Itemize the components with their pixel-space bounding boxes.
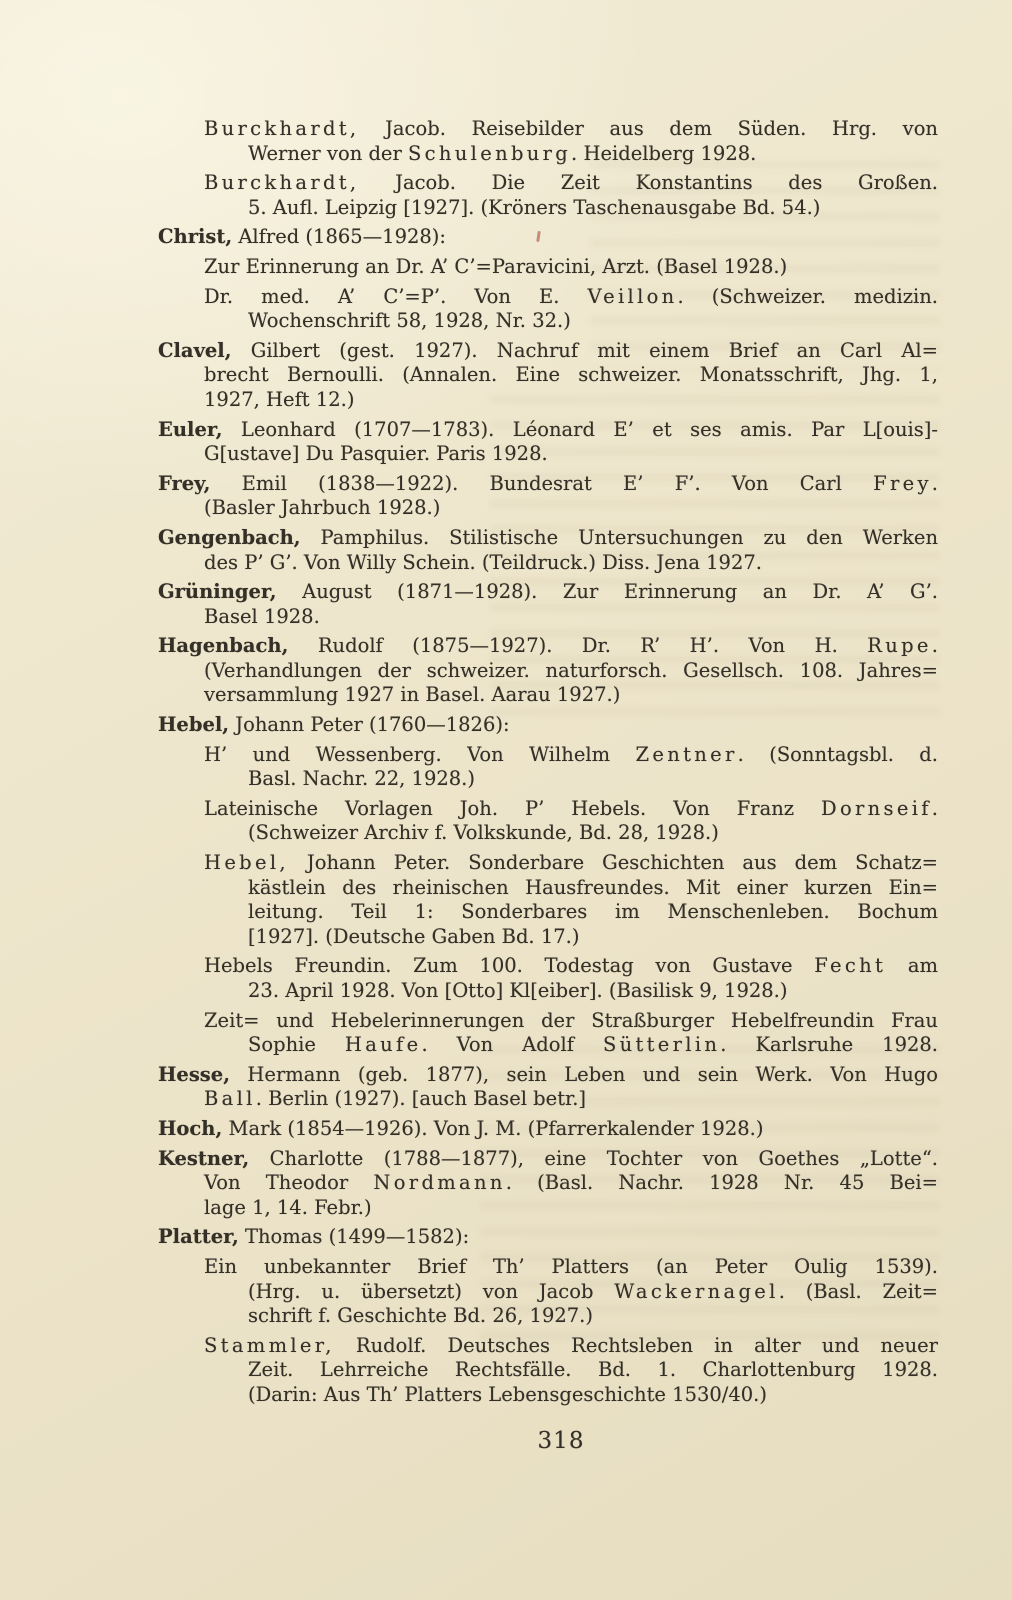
- text-segment: Pamphilus. Stilistische Untersuchungen z…: [301, 526, 938, 549]
- headword: Hesse,: [158, 1063, 230, 1086]
- bibliography-entry: Grüninger, August (1871—1928). Zur Erinn…: [158, 580, 938, 629]
- text-segment: G[ustave] Du Pasquier. Paris 1928.: [204, 442, 548, 465]
- text-segment: H’ und Wessenberg. Von Wilhelm: [204, 743, 636, 766]
- text-segment: Johann Peter. Sonderbare Geschichten aus…: [289, 851, 938, 874]
- bibliography-line: schrift f. Geschichte Bd. 26, 1927.): [158, 1304, 938, 1329]
- bibliography-line: Hebel, Johann Peter. Sonderbare Geschich…: [158, 851, 938, 876]
- text-segment: Ein unbekannter Brief Th’ Platters (an P…: [204, 1255, 938, 1278]
- bibliography-line: Hebels Freundin. Zum 100. Todestag von G…: [158, 954, 938, 979]
- headword: Gengenbach,: [158, 526, 301, 549]
- bibliography-line: brecht Bernoulli. (Annalen. Eine schweiz…: [158, 363, 938, 388]
- bibliography-entry: Hebel, Johann Peter (1760—1826):: [158, 713, 938, 738]
- headword: Euler,: [158, 418, 223, 441]
- text-segment: Von Theodor: [204, 1171, 373, 1194]
- text-segment: Jacob. Reisebilder aus dem Süden. Hrg. v…: [359, 117, 938, 140]
- text-segment: leitung. Teil 1: Sonderbares im Menschen…: [248, 900, 938, 923]
- text-segment: kästlein des rheinischen Hausfreundes. M…: [248, 876, 938, 899]
- bibliography-line: Lateinische Vorlagen Joh. P’ Hebels. Von…: [158, 797, 938, 822]
- bibliography-entry: Zur Erinnerung an Dr. A’ C’=Paravicini, …: [158, 255, 938, 280]
- text-segment: lage 1, 14. Febr.): [204, 1196, 372, 1219]
- bibliography-list: Burckhardt, Jacob. Reisebilder aus dem S…: [158, 117, 938, 1413]
- letterspaced-name: Haufe: [345, 1033, 422, 1056]
- headword: Frey,: [158, 472, 210, 495]
- text-segment: . (Sonntagsbl. d.: [738, 743, 938, 766]
- text-segment: Emil (1838—1922). Bundesrat E’ F’. Von C…: [210, 472, 873, 495]
- text-segment: Thomas (1499—1582):: [239, 1225, 469, 1248]
- headword: Hagenbach,: [158, 634, 288, 657]
- bibliography-line: leitung. Teil 1: Sonderbares im Menschen…: [158, 900, 938, 925]
- bibliography-line: Sophie Haufe. Von Adolf Sütterlin. Karls…: [158, 1033, 938, 1058]
- text-segment: . (Basl. Zeit=: [779, 1280, 938, 1303]
- bibliography-line: Stammler, Rudolf. Deutsches Rechtsleben …: [158, 1334, 938, 1359]
- text-segment: Charlotte (1788—1877), eine Tochter von …: [249, 1147, 938, 1170]
- letterspaced-name: Dornseif: [821, 797, 932, 820]
- letterspaced-name: Nordmann: [373, 1171, 505, 1194]
- bibliography-entry: Hebels Freundin. Zum 100. Todestag von G…: [158, 954, 938, 1003]
- bibliography-entry: Kestner, Charlotte (1788—1877), eine Toc…: [158, 1147, 938, 1221]
- bibliography-entry: Hoch, Mark (1854—1926). Von J. M. (Pfarr…: [158, 1117, 938, 1142]
- headword: Hebel,: [158, 713, 229, 736]
- letterspaced-name: Rupe: [867, 634, 932, 657]
- text-segment: des P’ G’. Von Willy Schein. (Teildruck.…: [204, 551, 762, 574]
- headword: Grüninger,: [158, 580, 277, 603]
- bibliography-entry: Burckhardt, Jacob. Die Zeit Konstantins …: [158, 171, 938, 220]
- letterspaced-name: Fecht: [814, 954, 886, 977]
- text-segment: (Schweizer Archiv f. Volkskunde, Bd. 28,…: [248, 821, 719, 844]
- letterspaced-name: Wackernagel: [614, 1280, 778, 1303]
- text-segment: Alfred (1865—1928):: [232, 225, 446, 248]
- bibliography-line: Werner von der Schulenburg. Heidelberg 1…: [158, 142, 938, 167]
- text-segment: Hermann (geb. 1877), sein Leben und sein…: [230, 1063, 938, 1086]
- bibliography-line: Grüninger, August (1871—1928). Zur Erinn…: [158, 580, 938, 605]
- text-segment: brecht Bernoulli. (Annalen. Eine schweiz…: [204, 363, 938, 386]
- bibliography-line: Zeit= und Hebelerinnerungen der Straßbur…: [158, 1009, 938, 1034]
- scanned-book-page: Burckhardt, Jacob. Reisebilder aus dem S…: [0, 0, 1012, 1600]
- bibliography-entry: Euler, Leonhard (1707—1783). Léonard E’ …: [158, 418, 938, 467]
- text-segment: .: [932, 472, 938, 495]
- bibliography-line: kästlein des rheinischen Hausfreundes. M…: [158, 876, 938, 901]
- text-segment: versammlung 1927 in Basel. Aarau 1927.): [204, 683, 620, 706]
- letterspaced-name: Burckhardt,: [204, 117, 359, 140]
- bibliography-line: Clavel, Gilbert (gest. 1927). Nachruf mi…: [158, 339, 938, 364]
- bibliography-entry: Frey, Emil (1838—1922). Bundesrat E’ F’.…: [158, 472, 938, 521]
- text-segment: 5. Aufl. Leipzig [1927]. (Kröners Tasche…: [248, 196, 820, 219]
- text-segment: [1927]. (Deutsche Gaben Bd. 17.): [248, 925, 579, 948]
- bibliography-line: Gengenbach, Pamphilus. Stilistische Unte…: [158, 526, 938, 551]
- bibliography-entry: Dr. med. A’ C’=P’. Von E. Veillon. (Schw…: [158, 285, 938, 334]
- letterspaced-name: Stammler,: [204, 1334, 335, 1357]
- bibliography-line: Frey, Emil (1838—1922). Bundesrat E’ F’.…: [158, 472, 938, 497]
- text-segment: Rudolf. Deutsches Rechtsleben in alter u…: [335, 1334, 938, 1357]
- headword: Hoch,: [158, 1117, 222, 1140]
- text-segment: Hebels Freundin. Zum 100. Todestag von G…: [204, 954, 814, 977]
- text-segment: . Heidelberg 1928.: [571, 142, 756, 165]
- bibliography-line: Euler, Leonhard (1707—1783). Léonard E’ …: [158, 418, 938, 443]
- text-segment: Rudolf (1875—1927). Dr. R’ H’. Von H.: [288, 634, 867, 657]
- bibliography-line: 1927, Heft 12.): [158, 388, 938, 413]
- bibliography-line: lage 1, 14. Febr.): [158, 1196, 938, 1221]
- text-segment: Mark (1854—1926). Von J. M. (Pfarrerkale…: [222, 1117, 763, 1140]
- bibliography-line: H’ und Wessenberg. Von Wilhelm Zentner. …: [158, 743, 938, 768]
- bibliography-entry: Hebel, Johann Peter. Sonderbare Geschich…: [158, 851, 938, 949]
- text-segment: Zeit. Lehrreiche Rechtsfälle. Bd. 1. Cha…: [248, 1358, 938, 1381]
- bibliography-line: Wochenschrift 58, 1928, Nr. 32.): [158, 309, 938, 334]
- text-segment: Johann Peter (1760—1826):: [229, 713, 509, 736]
- text-segment: Basl. Nachr. 22, 1928.): [248, 767, 475, 790]
- text-segment: Zur Erinnerung an Dr. A’ C’=Paravicini, …: [204, 255, 787, 278]
- bibliography-line: Hesse, Hermann (geb. 1877), sein Leben u…: [158, 1063, 938, 1088]
- bibliography-entry: Christ, Alfred (1865—1928):: [158, 225, 938, 250]
- headword: Christ,: [158, 225, 232, 248]
- text-segment: Jacob. Die Zeit Konstantins des Großen.: [359, 171, 938, 194]
- text-segment: (Darin: Aus Th’ Platters Lebensgeschicht…: [248, 1383, 767, 1406]
- bibliography-line: [1927]. (Deutsche Gaben Bd. 17.): [158, 925, 938, 950]
- text-segment: (Hrg. u. übersetzt) von Jacob: [248, 1280, 614, 1303]
- text-segment: 23. April 1928. Von [Otto] Kl[eiber]. (B…: [248, 979, 787, 1002]
- text-segment: Dr. med. A’ C’=P’. Von E.: [204, 285, 588, 308]
- text-segment: 1927, Heft 12.): [204, 388, 354, 411]
- text-segment: am: [886, 954, 938, 977]
- bibliography-line: Burckhardt, Jacob. Die Zeit Konstantins …: [158, 171, 938, 196]
- bibliography-entry: H’ und Wessenberg. Von Wilhelm Zentner. …: [158, 743, 938, 792]
- bibliography-line: Hagenbach, Rudolf (1875—1927). Dr. R’ H’…: [158, 634, 938, 659]
- bibliography-line: Platter, Thomas (1499—1582):: [158, 1225, 938, 1250]
- text-segment: . Von Adolf: [421, 1033, 603, 1056]
- headword: Platter,: [158, 1225, 239, 1248]
- text-segment: Wochenschrift 58, 1928, Nr. 32.): [248, 309, 571, 332]
- bibliography-entry: Zeit= und Hebelerinnerungen der Straßbur…: [158, 1009, 938, 1058]
- bibliography-line: Von Theodor Nordmann. (Basl. Nachr. 1928…: [158, 1171, 938, 1196]
- letterspaced-name: Ball: [204, 1087, 256, 1110]
- bibliography-line: versammlung 1927 in Basel. Aarau 1927.): [158, 683, 938, 708]
- bibliography-line: G[ustave] Du Pasquier. Paris 1928.: [158, 442, 938, 467]
- text-segment: . Karlsruhe 1928.: [720, 1033, 938, 1056]
- bibliography-entry: Ein unbekannter Brief Th’ Platters (an P…: [158, 1255, 938, 1329]
- bibliography-line: Dr. med. A’ C’=P’. Von E. Veillon. (Schw…: [158, 285, 938, 310]
- bibliography-entry: Gengenbach, Pamphilus. Stilistische Unte…: [158, 526, 938, 575]
- bibliography-line: (Schweizer Archiv f. Volkskunde, Bd. 28,…: [158, 821, 938, 846]
- bibliography-line: (Verhandlungen der schweizer. naturforsc…: [158, 659, 938, 684]
- letterspaced-name: Sütterlin: [603, 1033, 720, 1056]
- bibliography-line: des P’ G’. Von Willy Schein. (Teildruck.…: [158, 551, 938, 576]
- text-segment: (Verhandlungen der schweizer. naturforsc…: [204, 659, 938, 682]
- bibliography-entry: Hagenbach, Rudolf (1875—1927). Dr. R’ H’…: [158, 634, 938, 708]
- text-segment: . (Schweizer. medizin.: [678, 285, 938, 308]
- bibliography-line: Hebel, Johann Peter (1760—1826):: [158, 713, 938, 738]
- text-segment: Gilbert (gest. 1927). Nachruf mit einem …: [232, 339, 939, 362]
- letterspaced-name: Burckhardt,: [204, 171, 359, 194]
- bibliography-line: Hoch, Mark (1854—1926). Von J. M. (Pfarr…: [158, 1117, 938, 1142]
- bibliography-entry: Burckhardt, Jacob. Reisebilder aus dem S…: [158, 117, 938, 166]
- letterspaced-name: Hebel,: [204, 851, 289, 874]
- text-segment: . Berlin (1927). [auch Basel betr.]: [256, 1087, 586, 1110]
- bibliography-line: Basel 1928.: [158, 605, 938, 630]
- bibliography-entry: Hesse, Hermann (geb. 1877), sein Leben u…: [158, 1063, 938, 1112]
- letterspaced-name: Frey: [873, 472, 932, 495]
- text-segment: Lateinische Vorlagen Joh. P’ Hebels. Von…: [204, 797, 821, 820]
- text-segment: Zeit= und Hebelerinnerungen der Straßbur…: [204, 1009, 938, 1032]
- bibliography-line: (Basler Jahrbuch 1928.): [158, 496, 938, 521]
- bibliography-line: Christ, Alfred (1865—1928):: [158, 225, 938, 250]
- letterspaced-name: Zentner: [636, 743, 738, 766]
- bibliography-entry: Stammler, Rudolf. Deutsches Rechtsleben …: [158, 1334, 938, 1408]
- text-segment: Basel 1928.: [204, 605, 320, 628]
- bibliography-line: Burckhardt, Jacob. Reisebilder aus dem S…: [158, 117, 938, 142]
- text-segment: (Basler Jahrbuch 1928.): [204, 496, 440, 519]
- headword: Kestner,: [158, 1147, 249, 1170]
- bibliography-line: (Hrg. u. übersetzt) von Jacob Wackernage…: [158, 1280, 938, 1305]
- bibliography-entry: Lateinische Vorlagen Joh. P’ Hebels. Von…: [158, 797, 938, 846]
- page-number: 318: [158, 1428, 938, 1454]
- text-segment: Sophie: [248, 1033, 345, 1056]
- text-segment: schrift f. Geschichte Bd. 26, 1927.): [248, 1304, 593, 1327]
- bibliography-line: (Darin: Aus Th’ Platters Lebensgeschicht…: [158, 1383, 938, 1408]
- text-segment: .: [932, 797, 938, 820]
- bibliography-line: Ein unbekannter Brief Th’ Platters (an P…: [158, 1255, 938, 1280]
- bibliography-entry: Clavel, Gilbert (gest. 1927). Nachruf mi…: [158, 339, 938, 413]
- text-segment: August (1871—1928). Zur Erinnerung an Dr…: [277, 580, 938, 603]
- bibliography-line: 5. Aufl. Leipzig [1927]. (Kröners Tasche…: [158, 196, 938, 221]
- bibliography-entry: Platter, Thomas (1499—1582):: [158, 1225, 938, 1250]
- bibliography-line: Basl. Nachr. 22, 1928.): [158, 767, 938, 792]
- text-segment: .: [932, 634, 938, 657]
- bibliography-line: Kestner, Charlotte (1788—1877), eine Toc…: [158, 1147, 938, 1172]
- bibliography-line: Ball. Berlin (1927). [auch Basel betr.]: [158, 1087, 938, 1112]
- letterspaced-name: Schulenburg: [408, 142, 571, 165]
- bibliography-line: Zeit. Lehrreiche Rechtsfälle. Bd. 1. Cha…: [158, 1358, 938, 1383]
- bibliography-line: Zur Erinnerung an Dr. A’ C’=Paravicini, …: [158, 255, 938, 280]
- headword: Clavel,: [158, 339, 232, 362]
- text-segment: Werner von der: [248, 142, 408, 165]
- text-segment: Leonhard (1707—1783). Léonard E’ et ses …: [223, 418, 939, 441]
- bibliography-line: 23. April 1928. Von [Otto] Kl[eiber]. (B…: [158, 979, 938, 1004]
- letterspaced-name: Veillon: [588, 285, 678, 308]
- text-segment: . (Basl. Nachr. 1928 Nr. 45 Bei=: [506, 1171, 938, 1194]
